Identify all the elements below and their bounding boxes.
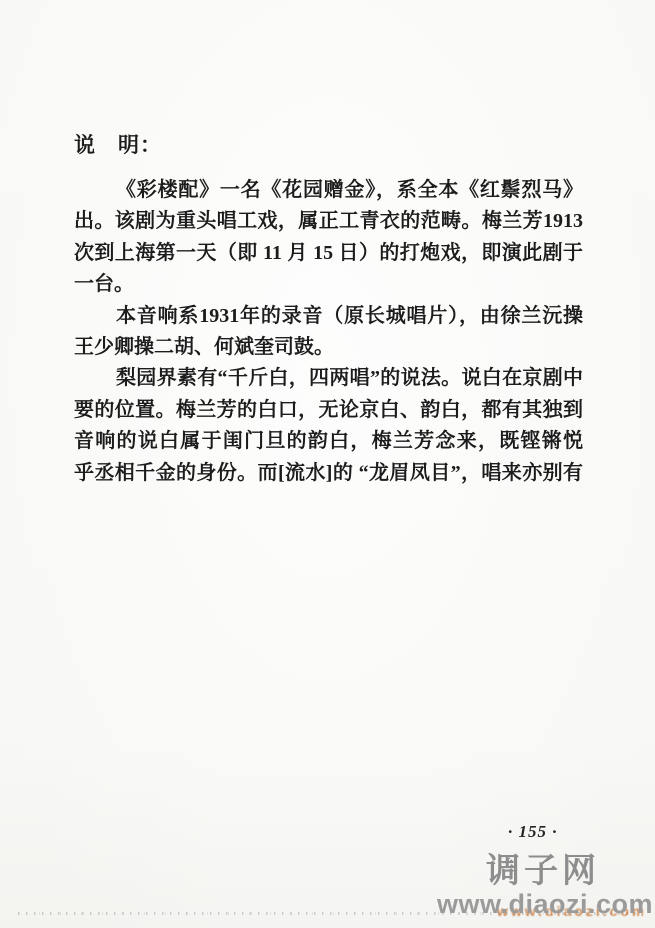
text-line: 本音响系1931年的录音（原长城唱片），由徐兰沅操京胡、 [74,301,583,332]
paragraph-2: 本音响系1931年的录音（原长城唱片），由徐兰沅操京胡、 王少卿操二胡、何斌奎司… [74,301,583,364]
text-line: 乎丞相千金的身份。而[流水]的 “龙眉凤目”，唱来亦别有佳趣。 [74,458,583,489]
text-line: 出。该剧为重头唱工戏，属正工青衣的范畴。梅兰芳1913年第一 [74,206,583,237]
paragraph-1: 《彩楼配》一名《花园赠金》，系全本《红鬃烈马》中的一 出。该剧为重头唱工戏，属正… [74,175,583,301]
paragraph-3: 梨园界素有“千斤白，四两唱”的说法。说白在京剧中占有重 要的位置。梅兰芳的白口，… [74,363,583,489]
section-heading: 说 明： [74,130,583,161]
text-line: 次到上海第一天（即 11 月 15 日）的打炮戏，即演此剧于丹桂第 [74,238,583,269]
text-line: 王少卿操二胡、何斌奎司鼓。 [74,332,583,363]
text-line: 梨园界素有“千斤白，四两唱”的说法。说白在京剧中占有重 [74,363,583,394]
body-text: 说 明： 《彩楼配》一名《花园赠金》，系全本《红鬃烈马》中的一 出。该剧为重头唱… [74,130,583,489]
page-number: · 155 · [508,822,558,842]
text-line: 要的位置。梅兰芳的白口，无论京白、韵白，都有其独到之处。本 [74,395,583,426]
text-line: 一台。 [74,269,583,300]
text-line: 音响的说白属于闺门旦的韵白，梅兰芳念来，既铿锵悦耳，又合 [74,426,583,457]
text-line: 《彩楼配》一名《花园赠金》，系全本《红鬃烈马》中的一 [74,175,583,206]
book-page: 说 明： 《彩楼配》一名《花园赠金》，系全本《红鬃烈马》中的一 出。该剧为重头唱… [0,0,655,928]
watermark-site-url: www.diaozi.com [437,889,653,920]
watermark-site-name: 调子网 [486,843,600,892]
